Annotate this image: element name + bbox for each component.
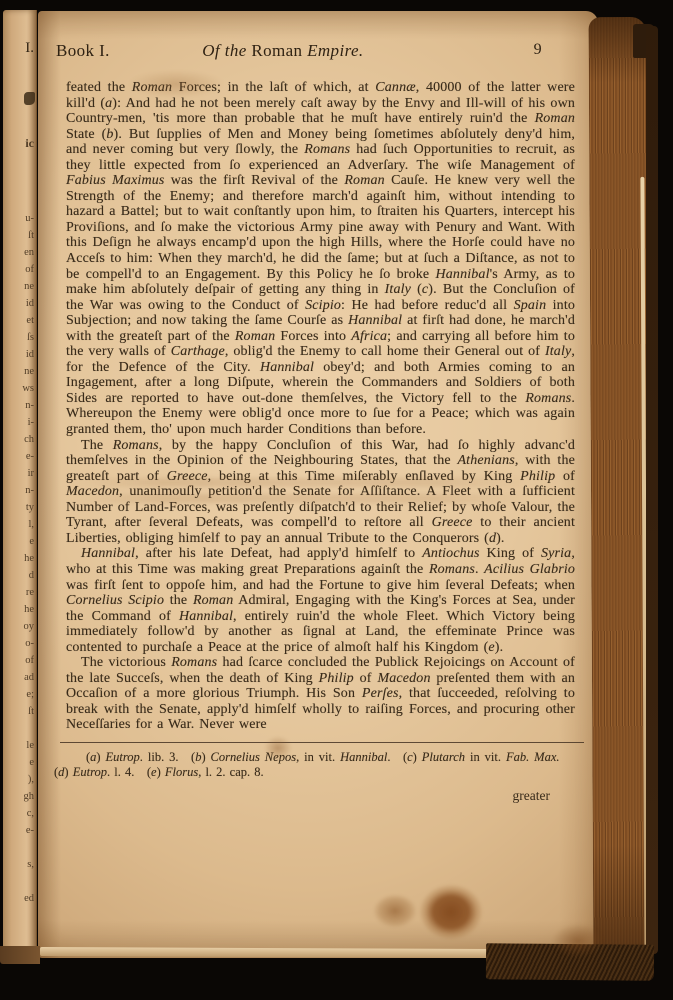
paper-stain xyxy=(128,70,224,98)
paragraph: The victorious Romans had ſcarce conclud… xyxy=(66,655,575,733)
paragraph: The Romans, by the happy Concluſion of t… xyxy=(66,438,575,547)
footnotes: (a) Eutrop. lib. 3. (b) Cornelius Nepos,… xyxy=(54,750,572,781)
body-text: feated the Roman Forces; in the laſt of … xyxy=(66,80,575,733)
paragraph: feated the Roman Forces; in the laſt of … xyxy=(66,80,575,438)
page-number: 9 xyxy=(534,41,542,59)
running-header: Book I. Of the Roman Empire. 9 xyxy=(56,11,544,65)
facing-page-line-end-fragments: u-ſtenofneidetſsidnewsn-i-che-irn-tyl,eh… xyxy=(4,210,34,907)
paper-stain xyxy=(264,736,292,760)
ink-show-through xyxy=(70,494,530,503)
facing-page-header-fragment: I. xyxy=(25,40,34,57)
book-label: Book I. xyxy=(56,41,110,61)
paper-stain xyxy=(552,924,604,958)
footnote-rule xyxy=(60,742,584,743)
catchword: greater xyxy=(513,788,550,803)
facing-page-text-fragment: ic xyxy=(25,136,34,151)
book-cover-right-edge xyxy=(646,26,658,954)
catchword-row: greater xyxy=(38,788,550,804)
book-fore-edge xyxy=(589,17,652,958)
paragraph: Hannibal, after his late Defeat, had app… xyxy=(66,546,575,655)
facing-page-edge: I. ic u-ſtenofneidetſsidnewsn-i-che-irn-… xyxy=(3,10,37,960)
book-cover-bottom-left xyxy=(0,946,40,964)
ink-show-through xyxy=(70,478,530,487)
book-photo: I. ic u-ſtenofneidetſsidnewsn-i-che-irn-… xyxy=(0,0,673,1000)
running-title: Of the Roman Empire. xyxy=(202,41,363,61)
paper-stain xyxy=(373,894,417,928)
